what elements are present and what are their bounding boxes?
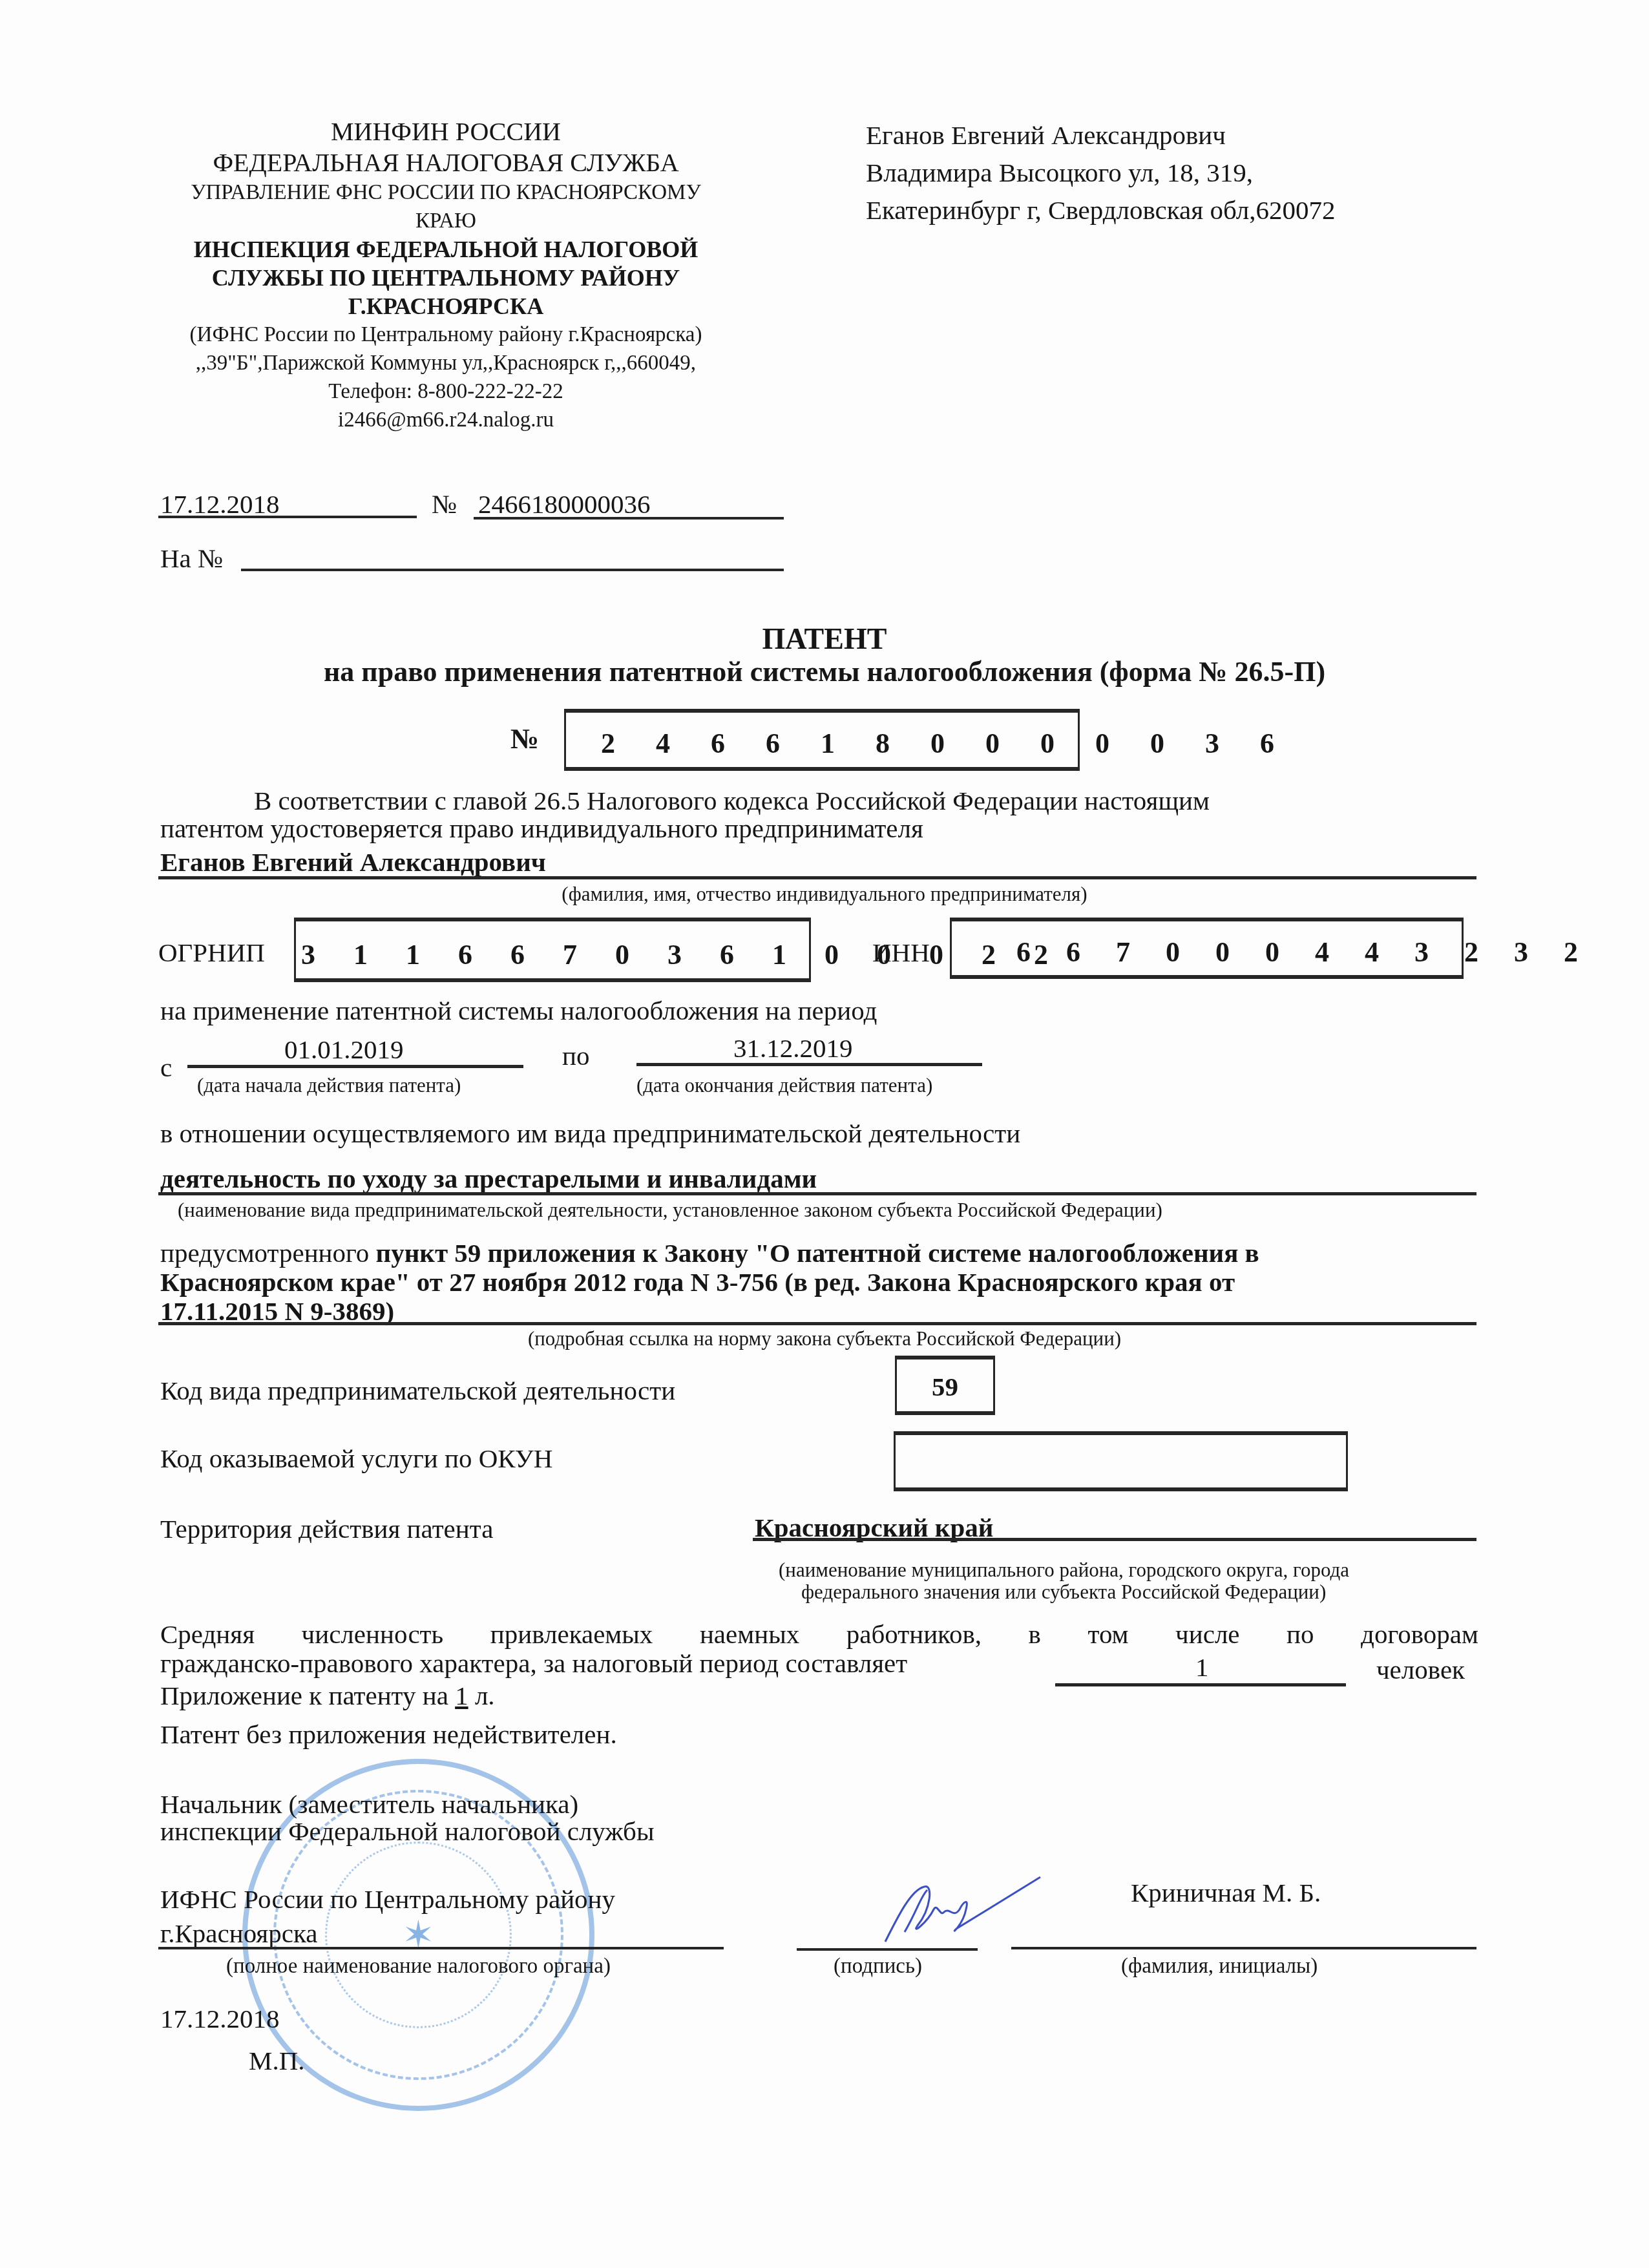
workers-count-line: [1055, 1683, 1346, 1686]
period-from-label: с: [160, 1052, 172, 1083]
department: УПРАВЛЕНИЕ ФНС РОССИИ ПО КРАСНОЯРСКОМУ: [162, 178, 730, 207]
law-line: [158, 1322, 1476, 1325]
entrepreneur-caption: (фамилия, имя, отчество индивидуального …: [0, 883, 1649, 906]
signature-caption: (подпись): [834, 1955, 922, 1978]
service: ФЕДЕРАЛЬНАЯ НАЛОГОВАЯ СЛУЖБА: [162, 147, 730, 178]
issuer-header: МИНФИН РОССИИ ФЕДЕРАЛЬНАЯ НАЛОГОВАЯ СЛУЖ…: [162, 116, 730, 434]
signature-scribble-icon: [872, 1871, 1066, 1948]
signature-line: [797, 1948, 978, 1951]
ministry: МИНФИН РОССИИ: [162, 116, 730, 147]
signer-role-1: Начальник (заместитель начальника): [160, 1789, 578, 1820]
document-title: ПАТЕНТ: [0, 624, 1649, 655]
signer-org-1: ИФНС России по Центральному району: [160, 1884, 615, 1915]
law-line-2: Красноярском крае" от 27 ноября 2012 год…: [160, 1266, 1235, 1297]
org-line: [158, 1947, 724, 1949]
reg-number-label: №: [432, 488, 457, 520]
signer-caption: (фамилия, инициалы): [1121, 1955, 1318, 1978]
inspection-1: ИНСПЕКЦИЯ ФЕДЕРАЛЬНОЙ НАЛОГОВОЙ: [162, 235, 730, 264]
eagle-emblem-icon: ✶: [402, 1913, 434, 1958]
appendix-suffix: л.: [468, 1681, 495, 1710]
period-to-label: по: [562, 1040, 589, 1071]
workers-line-1: Средняя численность привлекаемых наемных…: [160, 1619, 1478, 1650]
period-to-line: [636, 1063, 982, 1066]
reg-date: 17.12.2018: [160, 488, 280, 520]
territory-line: [753, 1538, 1476, 1541]
patent-number-box: 2 4 6 6 1 8 0 0 0 0 0 3 6: [564, 709, 1080, 771]
intro-line-1: В соответствии с главой 26.5 Налогового …: [254, 785, 1482, 816]
inspection-2: СЛУЖБЫ ПО ЦЕНТРАЛЬНОМУ РАЙОНУ: [162, 264, 730, 292]
inn-value: 6 6 7 0 0 0 4 4 3 2 3 2: [1016, 936, 1592, 969]
seal-place: М.П.: [249, 2045, 305, 2076]
period-from-caption: (дата начала действия патента): [197, 1074, 461, 1097]
signer-org-2: г.Красноярска: [160, 1918, 317, 1949]
workers-unit: человек: [1376, 1654, 1465, 1685]
patent-number-label: №: [510, 724, 539, 755]
activity-name: деятельность по уходу за престарелыми и …: [160, 1163, 817, 1194]
activity-code: 59: [897, 1371, 993, 1402]
activity-intro: в отношении осуществляемого им вида пред…: [160, 1118, 1020, 1149]
workers-line-2: гражданско-правового характера, за налог…: [160, 1648, 907, 1679]
entrepreneur-line: [158, 876, 1476, 879]
activity-line: [158, 1192, 1476, 1195]
document-subtitle: на право применения патентной системы на…: [0, 656, 1649, 688]
ogrnip-box: 3 1 1 6 6 7 0 3 6 1 0 0 0 2 2: [294, 918, 811, 982]
period-from: 01.01.2019: [284, 1034, 404, 1065]
ogrnip-label: ОГРНИП: [158, 937, 265, 968]
appendix-note: Патент без приложения недействителен.: [160, 1719, 617, 1750]
appendix-line: Приложение к патенту на 1 л.: [160, 1680, 495, 1711]
entrepreneur-name: Еганов Евгений Александрович: [160, 846, 546, 877]
activity-code-label: Код вида предпринимательской деятельност…: [160, 1375, 675, 1406]
okun-label: Код оказываемой услуги по ОКУН: [160, 1443, 552, 1474]
activity-caption: (наименование вида предпринимательской д…: [178, 1199, 1162, 1222]
period-to-caption: (дата окончания действия патента): [636, 1074, 932, 1097]
sign-date: 17.12.2018: [160, 2003, 280, 2034]
inspection-3: Г.КРАСНОЯРСКА: [162, 292, 730, 320]
reg-number-line: [474, 517, 784, 520]
patent-number: 2 4 6 6 1 8 0 0 0 0 0 3 6: [601, 727, 1291, 760]
period-to: 31.12.2019: [733, 1033, 853, 1064]
reg-date-line: [158, 516, 417, 518]
org-caption: (полное наименование налогового органа): [226, 1955, 611, 1978]
appendix-pages: 1: [455, 1681, 468, 1710]
law-reference: пункт 59 приложения к Закону "О патентно…: [376, 1238, 1259, 1268]
issuer-address: ,,39"Б",Парижской Коммуны ул,,Красноярск…: [162, 349, 730, 377]
territory-caption-1: (наименование муниципального района, гор…: [779, 1559, 1349, 1582]
ogrnip-value: 3 1 1 6 6 7 0 3 6 1 0 0 0 2 2: [301, 938, 1064, 971]
inspection-short: (ИФНС России по Центральному району г.Кр…: [162, 320, 730, 349]
law-line-1: предусмотренного пункт 59 приложения к З…: [160, 1237, 1259, 1268]
workers-count: 1: [1195, 1652, 1209, 1683]
territory-caption-2: федерального значения или субъекта Росси…: [801, 1580, 1326, 1604]
law-prefix: предусмотренного: [160, 1238, 376, 1268]
intro-line-2: патентом удостоверяется право индивидуал…: [160, 813, 923, 844]
recipient-address: Еганов Евгений Александрович Владимира В…: [866, 116, 1335, 229]
signer-role-2: инспекции Федеральной налоговой службы: [160, 1816, 655, 1847]
ref-number-line: [241, 569, 784, 571]
signer-name: Криничная М. Б.: [1131, 1877, 1321, 1908]
inn-label: ИНН: [872, 937, 930, 968]
inn-box: 6 6 7 0 0 0 4 4 3 2 3 2: [950, 918, 1464, 979]
reg-number: 2466180000036: [478, 488, 651, 520]
issuer-email: i2466@m66.r24.nalog.ru: [162, 406, 730, 434]
department-cont: КРАЮ: [162, 207, 730, 235]
recipient-name: Еганов Евгений Александрович: [866, 116, 1335, 154]
recipient-street: Владимира Высоцкого ул, 18, 319,: [866, 154, 1335, 191]
law-caption: (подробная ссылка на норму закона субъек…: [0, 1327, 1649, 1350]
okun-code-box: [894, 1431, 1348, 1491]
period-from-line: [187, 1065, 523, 1068]
signer-name-line: [1011, 1947, 1476, 1949]
issuer-phone: Телефон: 8-800-222-22-22: [162, 377, 730, 406]
territory-label: Территория действия патента: [160, 1513, 493, 1544]
appendix-prefix: Приложение к патенту на: [160, 1681, 455, 1710]
recipient-city: Екатеринбург г, Свердловская обл,620072: [866, 191, 1335, 229]
ref-number-label: На №: [160, 543, 223, 574]
activity-code-box: 59: [895, 1356, 995, 1415]
period-intro: на применение патентной системы налогооб…: [160, 995, 877, 1026]
